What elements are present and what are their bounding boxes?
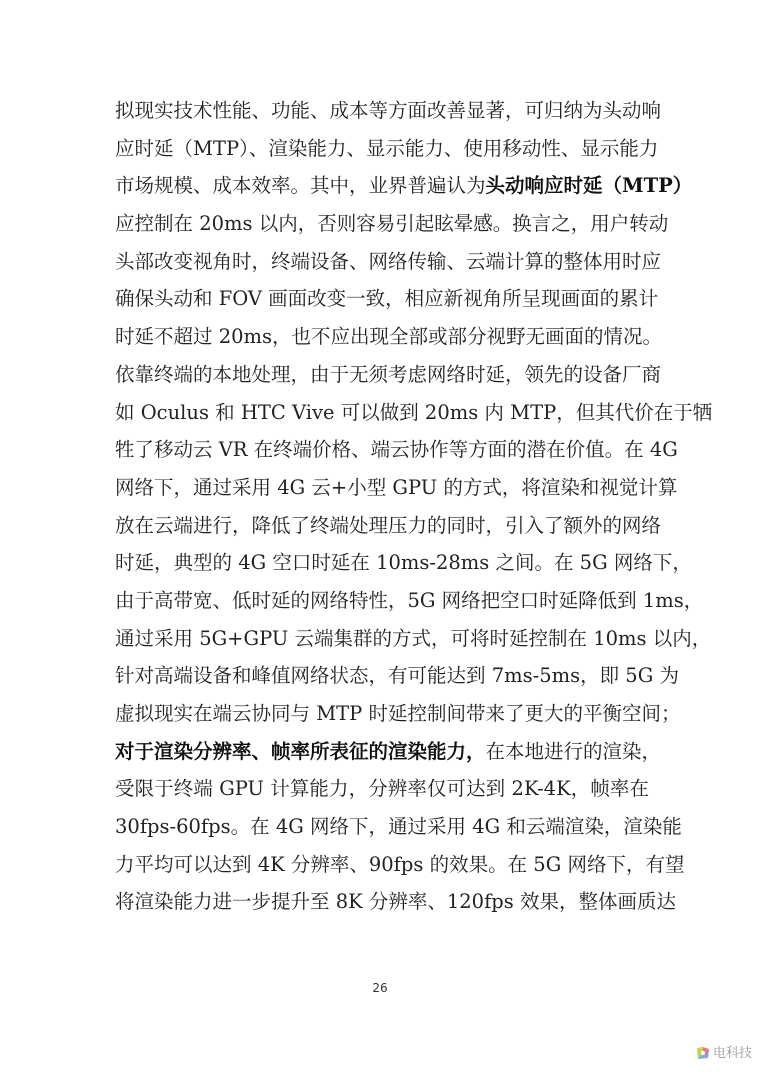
text-line: 应时延（MTP）、渲染能力、显示能力、使用移动性、显示能力 [115,130,649,168]
text-line: 力平均可以达到 4K 分辨率、90fps 的效果。在 5G 网络下，有望 [115,846,649,884]
text-segment: 由于高带宽、低时延的网络特性，5G 网络把空口时延降低到 1ms， [115,589,703,612]
text-segment: 依靠终端的本地处理，由于无须考虑网络时延，领先的设备厂商 [115,363,661,386]
text-segment: 针对高端设备和峰值网络状态，有可能达到 7ms-5ms，即 5G 为 [115,664,679,687]
text-line: 放在云端进行，降低了终端处理压力的同时，引入了额外的网络 [115,507,649,545]
text-segment: 时延，典型的 4G 空口时延在 10ms-28ms 之间。在 5G 网络下， [115,551,692,574]
text-line: 将渲染能力进一步提升至 8K 分辨率、120fps 效果，整体画质达 [115,883,649,921]
text-line: 市场规模、成本效率。其中，业界普遍认为头动响应时延（MTP） [115,167,649,205]
text-segment: 市场规模、成本效率。其中，业界普遍认为 [115,174,486,197]
text-line: 拟现实技术性能、功能、成本等方面改善显著，可归纳为头动响 [115,92,649,130]
text-line: 对于渲染分辨率、帧率所表征的渲染能力，在本地进行的渲染， [115,733,649,771]
text-line: 时延不超过 20ms，也不应出现全部或部分视野无画面的情况。 [115,318,649,356]
text-line: 由于高带宽、低时延的网络特性，5G 网络把空口时延降低到 1ms， [115,582,649,620]
text-segment: 通过采用 5G+GPU 云端集群的方式，可将时延控制在 10ms 以内， [115,627,711,650]
text-line: 网络下，通过采用 4G 云+小型 GPU 的方式，将渲染和视觉计算 [115,469,649,507]
watermark-label: 电科技 [713,1042,752,1061]
text-segment: 力平均可以达到 4K 分辨率、90fps 的效果。在 5G 网络下，有望 [115,853,684,876]
text-line: 通过采用 5G+GPU 云端集群的方式，可将时延控制在 10ms 以内， [115,620,649,658]
text-line: 受限于终端 GPU 计算能力，分辨率仅可达到 2K-4K，帧率在 [115,770,649,808]
text-line: 应控制在 20ms 以内，否则容易引起眩晕感。换言之，用户转动 [115,205,649,243]
watermark: 电科技 [696,1042,752,1061]
text-segment: 网络下，通过采用 4G 云+小型 GPU 的方式，将渲染和视觉计算 [115,476,677,499]
text-line: 依靠终端的本地处理，由于无须考虑网络时延，领先的设备厂商 [115,356,649,394]
text-line: 如 Oculus 和 HTC Vive 可以做到 20ms 内 MTP，但其代价… [115,394,649,432]
text-segment: 虚拟现实在端云协同与 MTP 时延控制间带来了更大的平衡空间； [115,702,681,725]
text-segment: 受限于终端 GPU 计算能力，分辨率仅可达到 2K-4K，帧率在 [115,777,649,800]
text-segment: 时延不超过 20ms，也不应出现全部或部分视野无画面的情况。 [115,325,662,348]
document-page: 拟现实技术性能、功能、成本等方面改善显著，可归纳为头动响应时延（MTP）、渲染能… [0,0,760,1075]
text-segment: 应控制在 20ms 以内，否则容易引起眩晕感。换言之，用户转动 [115,212,668,235]
bold-text-segment: 对于渲染分辨率、帧率所表征的渲染能力， [115,740,486,763]
text-segment: 在本地进行的渲染， [486,740,662,763]
text-segment: 将渲染能力进一步提升至 8K 分辨率、120fps 效果，整体画质达 [115,890,676,913]
text-segment: 确保头动和 FOV 画面改变一致，相应新视角所呈现画面的累计 [115,287,658,310]
text-segment: 牲了移动云 VR 在终端价格、端云协作等方面的潜在价值。在 4G [115,438,678,461]
text-segment: 放在云端进行，降低了终端处理压力的同时，引入了额外的网络 [115,514,661,537]
text-segment: 应时延（MTP）、渲染能力、显示能力、使用移动性、显示能力 [115,137,658,160]
text-segment: 如 Oculus 和 HTC Vive 可以做到 20ms 内 MTP，但其代价… [115,401,712,424]
app-logo-icon [696,1045,710,1059]
body-text: 拟现实技术性能、功能、成本等方面改善显著，可归纳为头动响应时延（MTP）、渲染能… [115,92,649,921]
text-segment: 30fps-60fps。在 4G 网络下，通过采用 4G 和云端渲染，渲染能 [115,815,682,838]
page-number: 26 [0,981,760,995]
text-line: 针对高端设备和峰值网络状态，有可能达到 7ms-5ms，即 5G 为 [115,657,649,695]
text-line: 30fps-60fps。在 4G 网络下，通过采用 4G 和云端渲染，渲染能 [115,808,649,846]
text-line: 牲了移动云 VR 在终端价格、端云协作等方面的潜在价值。在 4G [115,431,649,469]
text-line: 时延，典型的 4G 空口时延在 10ms-28ms 之间。在 5G 网络下， [115,544,649,582]
text-segment: 头部改变视角时，终端设备、网络传输、云端计算的整体用时应 [115,250,661,273]
text-line: 确保头动和 FOV 画面改变一致，相应新视角所呈现画面的累计 [115,280,649,318]
bold-text-segment: 头动响应时延（MTP） [486,174,693,197]
text-line: 头部改变视角时，终端设备、网络传输、云端计算的整体用时应 [115,243,649,281]
text-line: 虚拟现实在端云协同与 MTP 时延控制间带来了更大的平衡空间； [115,695,649,733]
text-segment: 拟现实技术性能、功能、成本等方面改善显著，可归纳为头动响 [115,99,661,122]
